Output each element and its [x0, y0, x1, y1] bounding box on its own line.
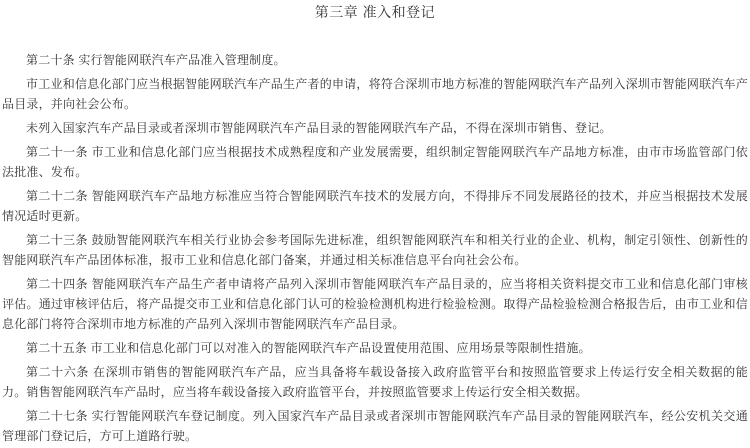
article-20-paragraph-2: 市工业和信息化部门应当根据智能网联汽车产品生产者的申请，将符合深圳市地方标准的智…: [2, 74, 748, 114]
article-25-clause: 第二十五条 市工业和信息化部门可以对准入的智能网联汽车产品设置使用范围、应用场景…: [2, 338, 748, 358]
article-21-clause: 第二十一条 市工业和信息化部门应当根据技术成熟程度和产业发展需要，组织制定智能网…: [2, 142, 748, 182]
article-23-clause: 第二十三条 鼓励智能网联汽车相关行业协会参考国际先进标准，组织智能网联汽车和相关…: [2, 230, 748, 270]
article-22-clause: 第二十二条 智能网联汽车产品地方标准应当符合智能网联汽车技术的发展方向，不得排斥…: [2, 186, 748, 226]
article-26-clause: 第二十六条 在深圳市销售的智能网联汽车产品，应当具备将车载设备接入政府监管平台和…: [2, 362, 748, 402]
article-24-clause: 第二十四条 智能网联汽车产品生产者申请将产品列入深圳市智能网联汽车产品目录的，应…: [2, 274, 748, 334]
article-20-clause: 第二十条 实行智能网联汽车产品准入管理制度。: [2, 50, 748, 70]
regulation-document: 第三章 准入和登记 第二十条 实行智能网联汽车产品准入管理制度。 市工业和信息化…: [0, 0, 750, 448]
article-27-clause: 第二十七条 实行智能网联汽车登记制度。列入国家汽车产品目录或者深圳市智能网联汽车…: [2, 406, 748, 446]
chapter-heading: 第三章 准入和登记: [2, 2, 748, 22]
article-20-paragraph-3: 未列入国家汽车产品目录或者深圳市智能网联汽车产品目录的智能网联汽车产品，不得在深…: [2, 118, 748, 138]
